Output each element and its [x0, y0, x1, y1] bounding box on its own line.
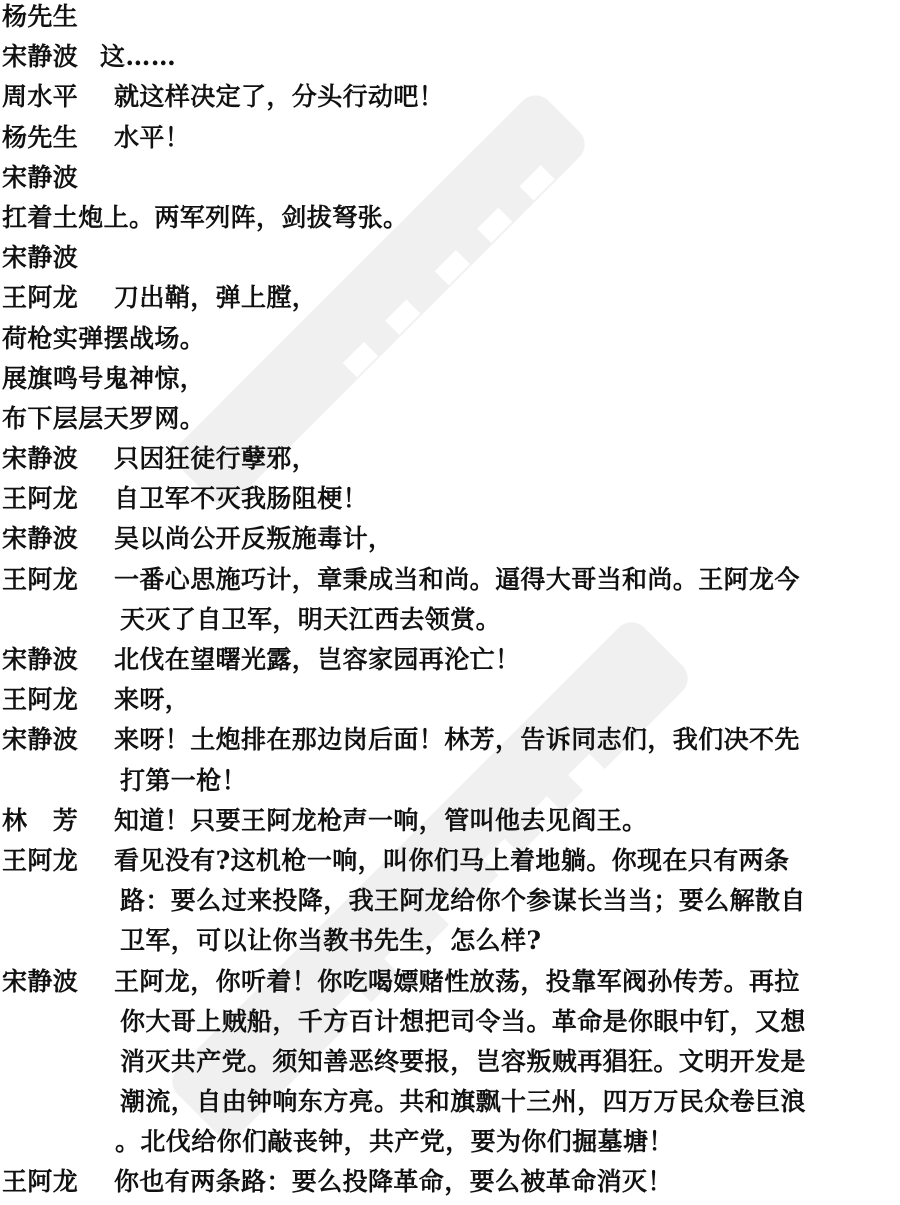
dialogue-continuation: 消灭共产党。须知善恶终要报，岂容叛贼再猖狂。文明开发是 [2, 1042, 900, 1082]
dialogue-line: 宋静波 [2, 158, 900, 198]
speaker-name: 宋静波 [2, 37, 100, 77]
verse-text: 荷枪实弹摆战场。 [2, 319, 205, 359]
dialogue-text: 你大哥上贼船，千方百计想把司令当。革命是你眼中钉，又想 [2, 1002, 806, 1042]
dialogue-continuation: 卫军，可以让你当教书先生，怎么样? [2, 921, 900, 961]
dialogue-continuation: 路：要么过来投降，我王阿龙给你个参谋长当当；要么解散自 [2, 881, 900, 921]
dialogue-line: 宋静波 吴以尚公开反叛施毒计， [2, 519, 900, 559]
dialogue-line: 王阿龙 自卫军不灭我肠阻梗！ [2, 479, 900, 519]
dialogue-text: 路：要么过来投降，我王阿龙给你个参谋长当当；要么解散自 [2, 881, 806, 921]
dialogue-text: 北伐在望曙光露，岂容家园再沦亡！ [114, 640, 520, 680]
speaker-name: 王阿龙 [2, 841, 114, 881]
verse-text: 布下层层天罗网。 [2, 399, 205, 439]
dialogue-line: 宋静波 北伐在望曙光露，岂容家园再沦亡！ [2, 640, 900, 680]
dialogue-line: 王阿龙 你也有两条路：要么投降革命，要么被革命消灭！ [2, 1162, 900, 1202]
dialogue-continuation: 打第一枪！ [2, 761, 900, 801]
dialogue-line: 杨先生 [2, 0, 900, 37]
speaker-name: 杨先生 [2, 0, 78, 37]
dialogue-line: 王阿龙 看见没有?这机枪一响，叫你们马上着地躺。你现在只有两条 [2, 841, 900, 881]
dialogue-continuation: 天灭了自卫军，明天江西去领赏。 [2, 600, 900, 640]
speaker-name: 杨先生 [2, 118, 114, 158]
dialogue-line: 宋静波 [2, 238, 900, 278]
speaker-name: 王阿龙 [2, 278, 114, 318]
speaker-name: 宋静波 [2, 962, 114, 1002]
script-document: 杨先生 宋静波 这…… 周水平 就这样决定了，分头行动吧！ 杨先生 水平！ 宋静… [2, 0, 900, 1203]
dialogue-text: 看见没有?这机枪一响，叫你们马上着地躺。你现在只有两条 [114, 841, 789, 881]
dialogue-text: 消灭共产党。须知善恶终要报，岂容叛贼再猖狂。文明开发是 [2, 1042, 806, 1082]
dialogue-continuation: 潮流，自由钟响东方亮。共和旗飘十三州，四万万民众卷巨浪 [2, 1082, 900, 1122]
speaker-name: 王阿龙 [2, 479, 114, 519]
dialogue-text: 水平！ [114, 118, 190, 158]
dialogue-text: 卫军，可以让你当教书先生，怎么样? [2, 921, 541, 961]
dialogue-line: 宋静波 王阿龙，你听着！你吃喝嫖赌性放荡，投靠军阀孙传芳。再拉 [2, 962, 900, 1002]
speaker-name: 宋静波 [2, 238, 78, 278]
dialogue-text: 只因狂徒行孽邪， [114, 439, 317, 479]
verse-line: 荷枪实弹摆战场。 [2, 319, 900, 359]
dialogue-line: 宋静波 这…… [2, 37, 900, 77]
verse-line: 展旗鸣号鬼神惊， [2, 359, 900, 399]
dialogue-text: 刀出鞘，弹上膛， [114, 278, 317, 318]
verse-line: 布下层层天罗网。 [2, 399, 900, 439]
dialogue-continuation: 你大哥上贼船，千方百计想把司令当。革命是你眼中钉，又想 [2, 1002, 900, 1042]
stage-direction-text: 扛着土炮上。两军列阵，剑拔弩张。 [2, 198, 408, 238]
speaker-name: 宋静波 [2, 720, 114, 760]
dialogue-line: 王阿龙 一番心思施巧计，章秉成当和尚。逼得大哥当和尚。王阿龙今 [2, 560, 900, 600]
speaker-name: 王阿龙 [2, 1162, 114, 1202]
dialogue-text: 吴以尚公开反叛施毒计， [114, 519, 393, 559]
dialogue-text: 来呀， [114, 680, 190, 720]
dialogue-line: 宋静波 只因狂徒行孽邪， [2, 439, 900, 479]
speaker-name: 宋静波 [2, 439, 114, 479]
dialogue-text: 潮流，自由钟响东方亮。共和旗飘十三州，四万万民众卷巨浪 [2, 1082, 806, 1122]
speaker-name: 周水平 [2, 77, 114, 117]
dialogue-line: 周水平 就这样决定了，分头行动吧！ [2, 77, 900, 117]
dialogue-line: 宋静波 来呀！土炮排在那边岗后面！林芳，告诉同志们，我们决不先 [2, 720, 900, 760]
dialogue-line: 王阿龙 刀出鞘，弹上膛， [2, 278, 900, 318]
dialogue-line: 林 芳 知道！只要王阿龙枪声一响，管叫他去见阎王。 [2, 801, 900, 841]
dialogue-text: 王阿龙，你听着！你吃喝嫖赌性放荡，投靠军阀孙传芳。再拉 [114, 962, 800, 1002]
stage-direction: 扛着土炮上。两军列阵，剑拔弩张。 [2, 198, 900, 238]
dialogue-text: 这…… [100, 37, 176, 77]
speaker-name: 王阿龙 [2, 680, 114, 720]
speaker-name: 宋静波 [2, 519, 114, 559]
dialogue-continuation: 。北伐给你们敲丧钟，共产党，要为你们掘墓塘！ [2, 1122, 900, 1162]
dialogue-text: 来呀！土炮排在那边岗后面！林芳，告诉同志们，我们决不先 [114, 720, 800, 760]
dialogue-text: 打第一枪！ [2, 761, 247, 801]
dialogue-text: 就这样决定了，分头行动吧！ [114, 77, 444, 117]
dialogue-text: 自卫军不灭我肠阻梗！ [114, 479, 368, 519]
dialogue-text: 。北伐给你们敲丧钟，共产党，要为你们掘墓塘！ [2, 1122, 674, 1162]
verse-text: 展旗鸣号鬼神惊， [2, 359, 205, 399]
speaker-name: 王阿龙 [2, 560, 114, 600]
dialogue-text: 知道！只要王阿龙枪声一响，管叫他去见阎王。 [114, 801, 647, 841]
speaker-name: 宋静波 [2, 640, 114, 680]
dialogue-text: 你也有两条路：要么投降革命，要么被革命消灭！ [114, 1162, 673, 1202]
dialogue-line: 王阿龙 来呀， [2, 680, 900, 720]
dialogue-line: 杨先生 水平！ [2, 118, 900, 158]
speaker-name: 林 芳 [2, 801, 114, 841]
dialogue-text: 一番心思施巧计，章秉成当和尚。逼得大哥当和尚。王阿龙今 [114, 560, 800, 600]
dialogue-text: 天灭了自卫军，明天江西去领赏。 [2, 600, 501, 640]
speaker-name: 宋静波 [2, 158, 78, 198]
